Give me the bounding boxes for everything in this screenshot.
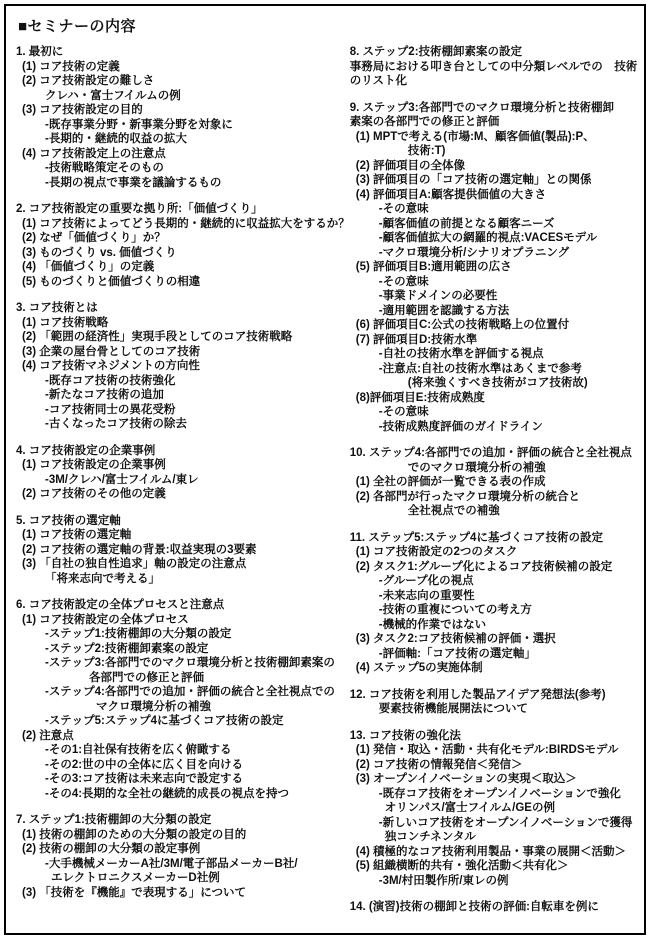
- outline-section: 13. コア技術の強化法(1) 発信・取込・活動・共有化モデル:BIRDSモデル…: [350, 729, 636, 889]
- outline-line: -技術の重複についての考え方: [350, 603, 636, 618]
- outline-line: 14. (演習)技術の棚卸と技術の評価:自転車を例に: [350, 900, 636, 915]
- outline-line: (5) ものづくりと価値づくりの相違: [16, 275, 350, 290]
- outline-line: (1) コア技術設定の全体プロセス: [16, 613, 350, 628]
- outline-line: (1) 発信・取込・活動・共有化モデル:BIRDSモデル: [350, 743, 636, 758]
- outline-line: -ステップ5:ステップ4に基づくコア技術の設定: [16, 714, 350, 729]
- outline-line: (4) コア技術設定上の注意点: [16, 147, 350, 162]
- outline-line: (2) 評価項目の全体像: [350, 159, 636, 174]
- outline-line: (3) 評価項目の「コア技術の選定軸」との関係: [350, 173, 636, 188]
- outline-line: (2) 技術の棚卸の大分類の設定事例: [16, 842, 350, 857]
- outline-line: 全社視点での補強: [350, 504, 636, 519]
- outline-line: -その3:コア技術は未来志向で設定する: [16, 772, 350, 787]
- outline-line: (1) コア技術によってどう長期的・継続的に収益拡大をするか？: [16, 217, 350, 232]
- outline-line: 技術:T): [350, 144, 636, 159]
- outline-line: (2) 注意点: [16, 729, 350, 744]
- outline-line: 3. コア技術とは: [16, 301, 350, 316]
- outline-line: 「将来志向で考える」: [16, 572, 350, 587]
- outline-section: 11. ステップ5:ステップ4に基づくコア技術の設定(1) コア技術設定の2つの…: [350, 531, 636, 676]
- outline-line: (5) 評価項目B:適用範囲の広さ: [350, 260, 636, 275]
- outline-line: (4) 「価値づくり」の定義: [16, 260, 350, 275]
- outline-line: 4. コア技術設定の企業事例: [16, 444, 350, 459]
- outline-section: 4. コア技術設定の企業事例(1) コア技術設定の企業事例-3M/クレハ/富士フ…: [16, 444, 350, 502]
- outline-section: 8. ステップ2:技術棚卸素案の設定事務局における叩き台としての中分類レベルでの…: [350, 45, 636, 89]
- outline-line: 5. コア技術の選定軸: [16, 514, 350, 529]
- outline-line: -ステップ1:技術棚卸の大分類の設定: [16, 627, 350, 642]
- outline-line: -その意味: [350, 202, 636, 217]
- outline-section: 10. ステップ4:各部門での追加・評価の統合と全社視点でのマクロ環境分析の補強…: [350, 446, 636, 519]
- outline-line: -その2:世の中の全体に広く目を向ける: [16, 758, 350, 773]
- outline-line: -グループ化の視点: [350, 574, 636, 589]
- outline-line: -長期的・継続的収益の拡大: [16, 132, 350, 147]
- outline-line: (将来強くすべき技術がコア技術故): [350, 376, 636, 391]
- outline-section: 14. (演習)技術の棚卸と技術の評価:自転車を例に: [350, 900, 636, 915]
- outline-line: 2. コア技術設定の重要な拠り所:「価値づくり」: [16, 202, 350, 217]
- outline-line: (3) 「技術を『機能』で表現する」について: [16, 886, 350, 901]
- outline-line: -コア技術同士の異花受粉: [16, 403, 350, 418]
- outline-line: -機械的作業ではない: [350, 618, 636, 633]
- outline-line: -事業ドメインの必要性: [350, 289, 636, 304]
- outline-line: -3M/クレハ/富士フイルム/東レ: [16, 473, 350, 488]
- outline-line: 独コンチネンタル: [350, 830, 636, 845]
- outline-line: -注意点:自社の技術水準はあくまで参考: [350, 362, 636, 377]
- left-column: 1. 最初に(1) コア技術の定義(2) コア技術設定の難しさクレハ・富士フイル…: [16, 45, 350, 912]
- outline-line: エレクトロニクスメーカーD社例: [16, 871, 350, 886]
- outline-line: -新しいコア技術をオープンイノベーションで獲得: [350, 816, 636, 831]
- outline-line: (2) タスク1:グループ化によるコア技術候補の設定: [350, 560, 636, 575]
- outline-line: (2) コア技術のその他の定義: [16, 487, 350, 502]
- outline-columns: 1. 最初に(1) コア技術の定義(2) コア技術設定の難しさクレハ・富士フイル…: [16, 45, 636, 927]
- outline-line: (1) 全社の評価が一覧できる表の作成: [350, 475, 636, 490]
- outline-line: (1) 技術の棚卸のための大分類の設定の目的: [16, 828, 350, 843]
- outline-section: 7. ステップ1:技術棚卸の大分類の設定(1) 技術の棚卸のための大分類の設定の…: [16, 813, 350, 900]
- outline-line: -その1:自社保有技術を広く俯瞰する: [16, 743, 350, 758]
- outline-section: 9. ステップ3:各部門でのマクロ環境分析と技術棚卸素案の各部門での修正と評価(…: [350, 101, 636, 435]
- outline-line: (1) コア技術の定義: [16, 60, 350, 75]
- outline-line: 9. ステップ3:各部門でのマクロ環境分析と技術棚卸: [350, 101, 636, 116]
- outline-line: (4) 評価項目A:顧客提供価値の大きさ: [350, 188, 636, 203]
- outline-line: -技術戦略策定そのもの: [16, 161, 350, 176]
- outline-line: 6. コア技術設定の全体プロセスと注意点: [16, 598, 350, 613]
- document-frame: ■セミナーの内容 1. 最初に(1) コア技術の定義(2) コア技術設定の難しさ…: [4, 4, 646, 935]
- outline-line: (1) コア技術設定の企業事例: [16, 458, 350, 473]
- outline-line: (1) コア技術戦略: [16, 316, 350, 331]
- outline-line: 7. ステップ1:技術棚卸の大分類の設定: [16, 813, 350, 828]
- outline-line: (4) コア技術マネジメントの方向性: [16, 359, 350, 374]
- outline-line: (2) コア技術設定の難しさ: [16, 74, 350, 89]
- outline-line: -ステップ3:各部門でのマクロ環境分析と技術棚卸素案の: [16, 656, 350, 671]
- outline-line: -既存コア技術をオープンイノベーションで強化: [350, 787, 636, 802]
- outline-line: -大手機械メーカーA社/3M/電子部品メーカーB社/: [16, 857, 350, 872]
- outline-section: 1. 最初に(1) コア技術の定義(2) コア技術設定の難しさクレハ・富士フイル…: [16, 45, 350, 190]
- outline-section: 6. コア技術設定の全体プロセスと注意点(1) コア技術設定の全体プロセス-ステ…: [16, 598, 350, 801]
- outline-line: (2) コア技術の選定軸の背景:収益実現の3要素: [16, 543, 350, 558]
- outline-line: -その意味: [350, 405, 636, 420]
- outline-line: -その意味: [350, 275, 636, 290]
- outline-line: -未来志向の重要性: [350, 589, 636, 604]
- outline-line: -既存事業分野・新事業分野を対象に: [16, 118, 350, 133]
- outline-line: (3) 企業の屋台骨としてのコア技術: [16, 345, 350, 360]
- outline-line: (2) 各部門が行ったマクロ環境分析の統合と: [350, 490, 636, 505]
- outline-section: 5. コア技術の選定軸(1) コア技術の選定軸(2) コア技術の選定軸の背景:収…: [16, 514, 350, 587]
- outline-line: (2) コア技術の情報発信＜発信＞: [350, 758, 636, 773]
- outline-line: (3) タスク2:コア技術候補の評価・選択: [350, 632, 636, 647]
- outline-line: (8)評価項目E:技術成熟度: [350, 391, 636, 406]
- outline-line: 要素技術機能展開法について: [350, 702, 636, 717]
- outline-line: (5) 組織横断的共有・強化活動＜共有化＞: [350, 859, 636, 874]
- document-canvas: ■セミナーの内容 1. 最初に(1) コア技術の定義(2) コア技術設定の難しさ…: [0, 0, 650, 939]
- outline-line: 12. コア技術を利用した製品アイデア発想法(参考): [350, 688, 636, 703]
- outline-line: でのマクロ環境分析の補強: [350, 461, 636, 476]
- outline-line: -マクロ環境分析/シナリオプラニング: [350, 246, 636, 261]
- outline-line: -新たなコア技術の追加: [16, 388, 350, 403]
- outline-line: マクロ環境分析の補強: [16, 700, 350, 715]
- outline-line: -長期の視点で事業を議論するもの: [16, 176, 350, 191]
- outline-line: 8. ステップ2:技術棚卸素案の設定: [350, 45, 636, 60]
- outline-line: 13. コア技術の強化法: [350, 729, 636, 744]
- outline-line: (6) 評価項目C:公式の技術戦略上の位置付: [350, 318, 636, 333]
- outline-line: -古くなったコア技術の除去: [16, 417, 350, 432]
- outline-line: (1) MPTで考える(市場:M、顧客価値(製品):P、: [350, 130, 636, 145]
- outline-line: (4) ステップ5の実施体制: [350, 661, 636, 676]
- outline-line: -その4:長期的な全社の継続的成長の視点を持つ: [16, 787, 350, 802]
- outline-section: 2. コア技術設定の重要な拠り所:「価値づくり」(1) コア技術によってどう長期…: [16, 202, 350, 289]
- outline-line: 各部門での修正と評価: [16, 671, 350, 686]
- outline-line: (2) 「範囲の経済性」実現手段としてのコア技術戦略: [16, 330, 350, 345]
- outline-line: オリンパス/富士フイルム/GEの例: [350, 801, 636, 816]
- outline-line: のリスト化: [350, 74, 636, 89]
- outline-line: クレハ・富士フイルムの例: [16, 89, 350, 104]
- outline-line: 素案の各部門での修正と評価: [350, 115, 636, 130]
- outline-section: 12. コア技術を利用した製品アイデア発想法(参考)要素技術機能展開法について: [350, 688, 636, 717]
- outline-line: -評価軸:「コア技術の選定軸」: [350, 647, 636, 662]
- outline-line: (1) コア技術の選定軸: [16, 528, 350, 543]
- outline-line: (3) オープンイノベーションの実現＜取込＞: [350, 772, 636, 787]
- outline-line: -ステップ2:技術棚卸素案の設定: [16, 642, 350, 657]
- outline-line: -顧客価値の前提となる顧客ニーズ: [350, 217, 636, 232]
- outline-line: (2) なぜ「価値づくり」か？: [16, 231, 350, 246]
- outline-line: -技術成熟度評価のガイドライン: [350, 420, 636, 435]
- outline-line: -3M/村田製作所/東レの例: [350, 874, 636, 889]
- outline-line: (7) 評価項目D:技術水準: [350, 333, 636, 348]
- outline-line: -ステップ4:各部門での追加・評価の統合と全社視点での: [16, 685, 350, 700]
- outline-line: -自社の技術水準を評価する視点: [350, 347, 636, 362]
- outline-line: -既存コア技術の技術強化: [16, 374, 350, 389]
- outline-line: (3) コア技術設定の目的: [16, 103, 350, 118]
- page-title: ■セミナーの内容: [18, 15, 636, 36]
- outline-line: -適用範囲を認識する方法: [350, 304, 636, 319]
- outline-section: 3. コア技術とは(1) コア技術戦略(2) 「範囲の経済性」実現手段としてのコ…: [16, 301, 350, 432]
- outline-line: 1. 最初に: [16, 45, 350, 60]
- right-column: 8. ステップ2:技術棚卸素案の設定事務局における叩き台としての中分類レベルでの…: [350, 45, 636, 927]
- outline-line: 10. ステップ4:各部門での追加・評価の統合と全社視点: [350, 446, 636, 461]
- outline-line: (3) ものづくり vs. 価値づくり: [16, 246, 350, 261]
- outline-line: -顧客価値拡大の網羅的視点:VACESモデル: [350, 231, 636, 246]
- outline-line: 事務局における叩き台としての中分類レベルでの 技術: [350, 60, 636, 75]
- outline-line: (1) コア技術設定の2つのタスク: [350, 545, 636, 560]
- outline-line: (3) 「自社の独自性追求」軸の設定の注意点: [16, 557, 350, 572]
- outline-line: (4) 積極的なコア技術利用製品・事業の展開＜活動＞: [350, 845, 636, 860]
- outline-line: 11. ステップ5:ステップ4に基づくコア技術の設定: [350, 531, 636, 546]
